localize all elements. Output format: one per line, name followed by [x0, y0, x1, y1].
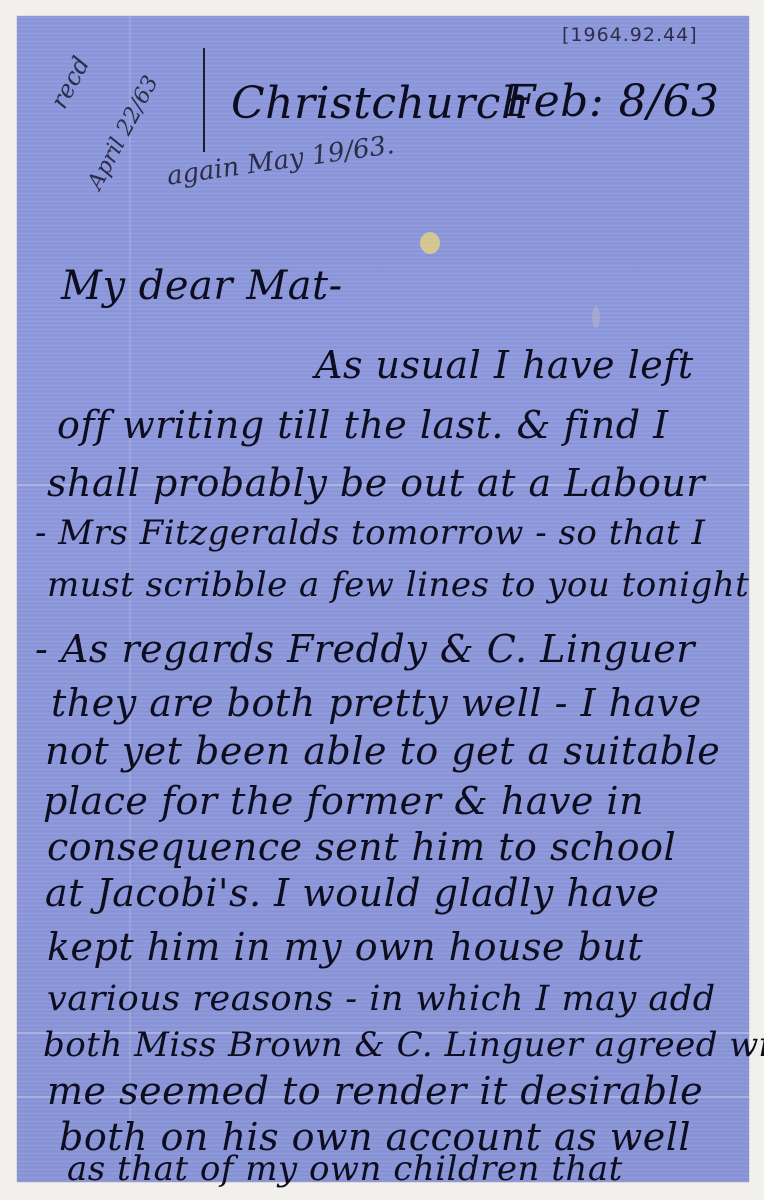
letter-date: Feb: 8/63 — [505, 80, 719, 124]
letter-line: at Jacobi's. I would gladly have — [45, 874, 659, 912]
letter-line: As usual I have left — [315, 346, 694, 384]
received-note: recd — [45, 52, 95, 113]
letter-line: place for the former & have in — [43, 782, 644, 820]
margin-divider — [203, 48, 205, 152]
catalog-number: [1964.92.44] — [562, 24, 698, 46]
letter-line: various reasons - in which I may add — [47, 982, 716, 1017]
letter-line: off writing till the last. & find I — [57, 406, 669, 444]
letter-line: they are both pretty well - I have — [51, 684, 702, 722]
paper-stain — [592, 306, 600, 328]
letter-page: [1964.92.44] recd April 22/63 again May … — [17, 16, 749, 1182]
letter-line: must scribble a few lines to you tonight — [47, 568, 749, 602]
paper-stain — [420, 232, 440, 254]
again-note: again May 19/63. — [165, 130, 396, 192]
received-date-note: April 22/63 — [83, 72, 164, 194]
letter-line: as that of my own children that — [67, 1152, 623, 1186]
letter-place: Christchurch — [231, 82, 530, 126]
letter-line: - As regards Freddy & C. Linguer — [35, 630, 695, 668]
letter-line: me seemed to render it desirable — [47, 1072, 703, 1110]
salutation: My dear Mat- — [61, 266, 343, 306]
letter-line: shall probably be out at a Labour — [47, 464, 705, 502]
letter-line: kept him in my own house but — [47, 928, 643, 966]
letter-line: consequence sent him to school — [47, 828, 676, 866]
letter-line: - Mrs Fitzgeralds tomorrow - so that I — [35, 516, 705, 550]
letter-line: both Miss Brown & C. Linguer agreed with — [43, 1028, 764, 1062]
letter-line: not yet been able to get a suitable — [45, 732, 720, 770]
